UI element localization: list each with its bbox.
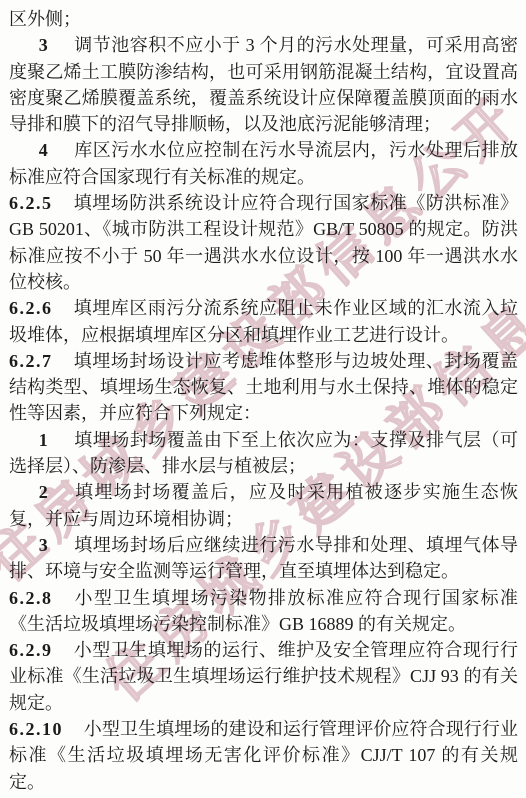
section-number: 6.2.9 [9, 640, 53, 660]
paragraph-text: 库区污水水位应控制在污水导流层内，污水处理后排放标准应符合国家现行有关标准的规定… [9, 140, 518, 186]
paragraph-6-2-7: 6.2.7填埋场封场设计应考虑堆体整形与边坡处理、封场覆盖结构类型、填埋场生态恢… [9, 348, 518, 427]
paragraph-text: 区外侧； [9, 9, 81, 29]
paragraph-continuation: 区外侧； [9, 6, 518, 32]
paragraph-item-3: 3调节池容积不应小于 3 个月的污水处理量，可采用高密度聚乙烯土工膜防渗结构，也… [9, 32, 518, 137]
paragraph-text: 填埋场防洪系统设计应符合现行国家标准《防洪标准》GB 50201、《城市防洪工程… [9, 193, 518, 292]
section-number: 6.2.8 [9, 588, 53, 608]
paragraph-text: 小型卫生填埋场污染物排放标准应符合现行国家标准《生活垃圾填埋场污染控制标准》GB… [9, 588, 518, 634]
paragraph-subitem-2: 2填埋场封场覆盖后，应及时采用植被逐步实施生态恢复，并应与周边环境相协调； [9, 479, 518, 532]
paragraph-6-2-8: 6.2.8小型卫生填埋场污染物排放标准应符合现行国家标准《生活垃圾填埋场污染控制… [9, 585, 518, 638]
paragraph-subitem-1: 1填埋场封场覆盖由下至上依次应为：支撑及排气层（可选择层）、防渗层、排水层与植被… [9, 427, 518, 480]
paragraph-text: 填埋场封场覆盖后，应及时采用植被逐步实施生态恢复，并应与周边环境相协调； [9, 482, 518, 528]
paragraph-text: 填埋场封场后应继续进行污水导排和处理、填埋气体导排、环境与安全监测等运行管理，直… [9, 535, 518, 581]
section-number: 6.2.10 [9, 719, 63, 739]
paragraph-item-4: 4库区污水水位应控制在污水导流层内，污水处理后排放标准应符合国家现行有关标准的规… [9, 137, 518, 190]
paragraph-text: 小型卫生填埋场的建设和运行管理评价应符合现行行业标准《生活垃圾填埋场无害化评价标… [9, 719, 518, 792]
section-number: 6.2.5 [9, 193, 53, 213]
paragraph-text: 填埋场封场设计应考虑堆体整形与边坡处理、封场覆盖结构类型、填埋场生态恢复、土地利… [9, 351, 518, 424]
section-number: 6.2.7 [9, 351, 53, 371]
document-page: 区外侧； 3调节池容积不应小于 3 个月的污水处理量，可采用高密度聚乙烯土工膜防… [0, 0, 526, 798]
item-number: 1 [39, 430, 48, 450]
item-number: 2 [39, 482, 48, 502]
paragraph-text: 填埋场封场覆盖由下至上依次应为：支撑及排气层（可选择层）、防渗层、排水层与植被层… [9, 430, 518, 476]
paragraph-subitem-3: 3填埋场封场后应继续进行污水导排和处理、填埋气体导排、环境与安全监测等运行管理，… [9, 532, 518, 585]
item-number: 4 [39, 140, 48, 160]
paragraph-6-2-9: 6.2.9小型卫生填埋场的运行、维护及安全管理应符合现行行业标准《生活垃圾卫生填… [9, 637, 518, 716]
paragraph-text: 填埋库区雨污分流系统应阻止未作业区域的汇水流入垃圾堆体，应根据填埋库区分区和填埋… [9, 298, 518, 344]
paragraph-6-2-5: 6.2.5填埋场防洪系统设计应符合现行国家标准《防洪标准》GB 50201、《城… [9, 190, 518, 295]
paragraph-text: 调节池容积不应小于 3 个月的污水处理量，可采用高密度聚乙烯土工膜防渗结构，也可… [9, 35, 518, 134]
paragraph-6-2-6: 6.2.6填埋库区雨污分流系统应阻止未作业区域的汇水流入垃圾堆体，应根据填埋库区… [9, 295, 518, 348]
section-number: 6.2.6 [9, 298, 53, 318]
paragraph-text: 小型卫生填埋场的运行、维护及安全管理应符合现行行业标准《生活垃圾卫生填埋场运行维… [9, 640, 518, 713]
paragraph-6-2-10: 6.2.10小型卫生填埋场的建设和运行管理评价应符合现行行业标准《生活垃圾填埋场… [9, 716, 518, 795]
item-number: 3 [39, 35, 48, 55]
item-number: 3 [39, 535, 48, 555]
